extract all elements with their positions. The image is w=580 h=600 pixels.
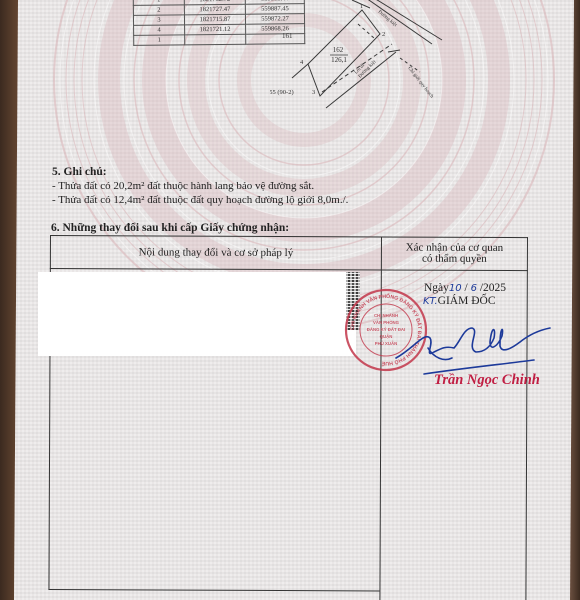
- svg-text:4: 4: [300, 59, 304, 66]
- certificate-page: 1 1821732.72 559883.44 2 1821727.47 5598…: [14, 0, 574, 600]
- redacted-content-block: [38, 272, 356, 356]
- svg-text:155 (90-2): 155 (90-2): [270, 89, 294, 96]
- confirmation-date: Ngày10 / 6 /2025: [424, 282, 506, 294]
- table-border: [525, 237, 528, 600]
- signer-name: Trần Ngọc Chinh: [434, 372, 540, 389]
- svg-text:126,1: 126,1: [331, 56, 347, 64]
- parcel-sketch: 161 162 126,1 155 (90-2) 1 2 3 4 Đường k…: [270, 0, 480, 110]
- svg-text:162: 162: [333, 46, 344, 54]
- note-line: - Thửa đất có 20,2m² đất thuộc hành lang…: [52, 180, 314, 192]
- notes-heading: 5. Ghi chú:: [52, 166, 107, 178]
- note-line: - Thửa đất có 12,4m² đất thuộc đất quy h…: [52, 194, 348, 206]
- changes-heading: 6. Những thay đổi sau khi cấp Giấy chứng…: [51, 222, 289, 234]
- signer-title: KT.GIÁM ĐỐC: [423, 295, 496, 307]
- svg-text:1: 1: [360, 3, 363, 10]
- svg-text:2: 2: [382, 31, 385, 38]
- svg-text:Chỉ giới quy hoạch: Chỉ giới quy hoạch: [406, 66, 434, 100]
- svg-text:3: 3: [312, 89, 315, 96]
- handwritten-signature: [394, 318, 554, 378]
- handwritten-day: 10: [449, 283, 462, 294]
- column-header-content: Nội dung thay đổi và cơ sở pháp lý: [51, 236, 381, 269]
- table-border: [48, 589, 379, 591]
- svg-text:QUẬN: QUẬN: [380, 334, 393, 339]
- svg-text:161: 161: [282, 32, 293, 40]
- handwritten-prefix: KT.: [423, 296, 438, 307]
- column-header-confirmation: Xác nhận của cơ quan có thẩm quyền: [382, 237, 527, 270]
